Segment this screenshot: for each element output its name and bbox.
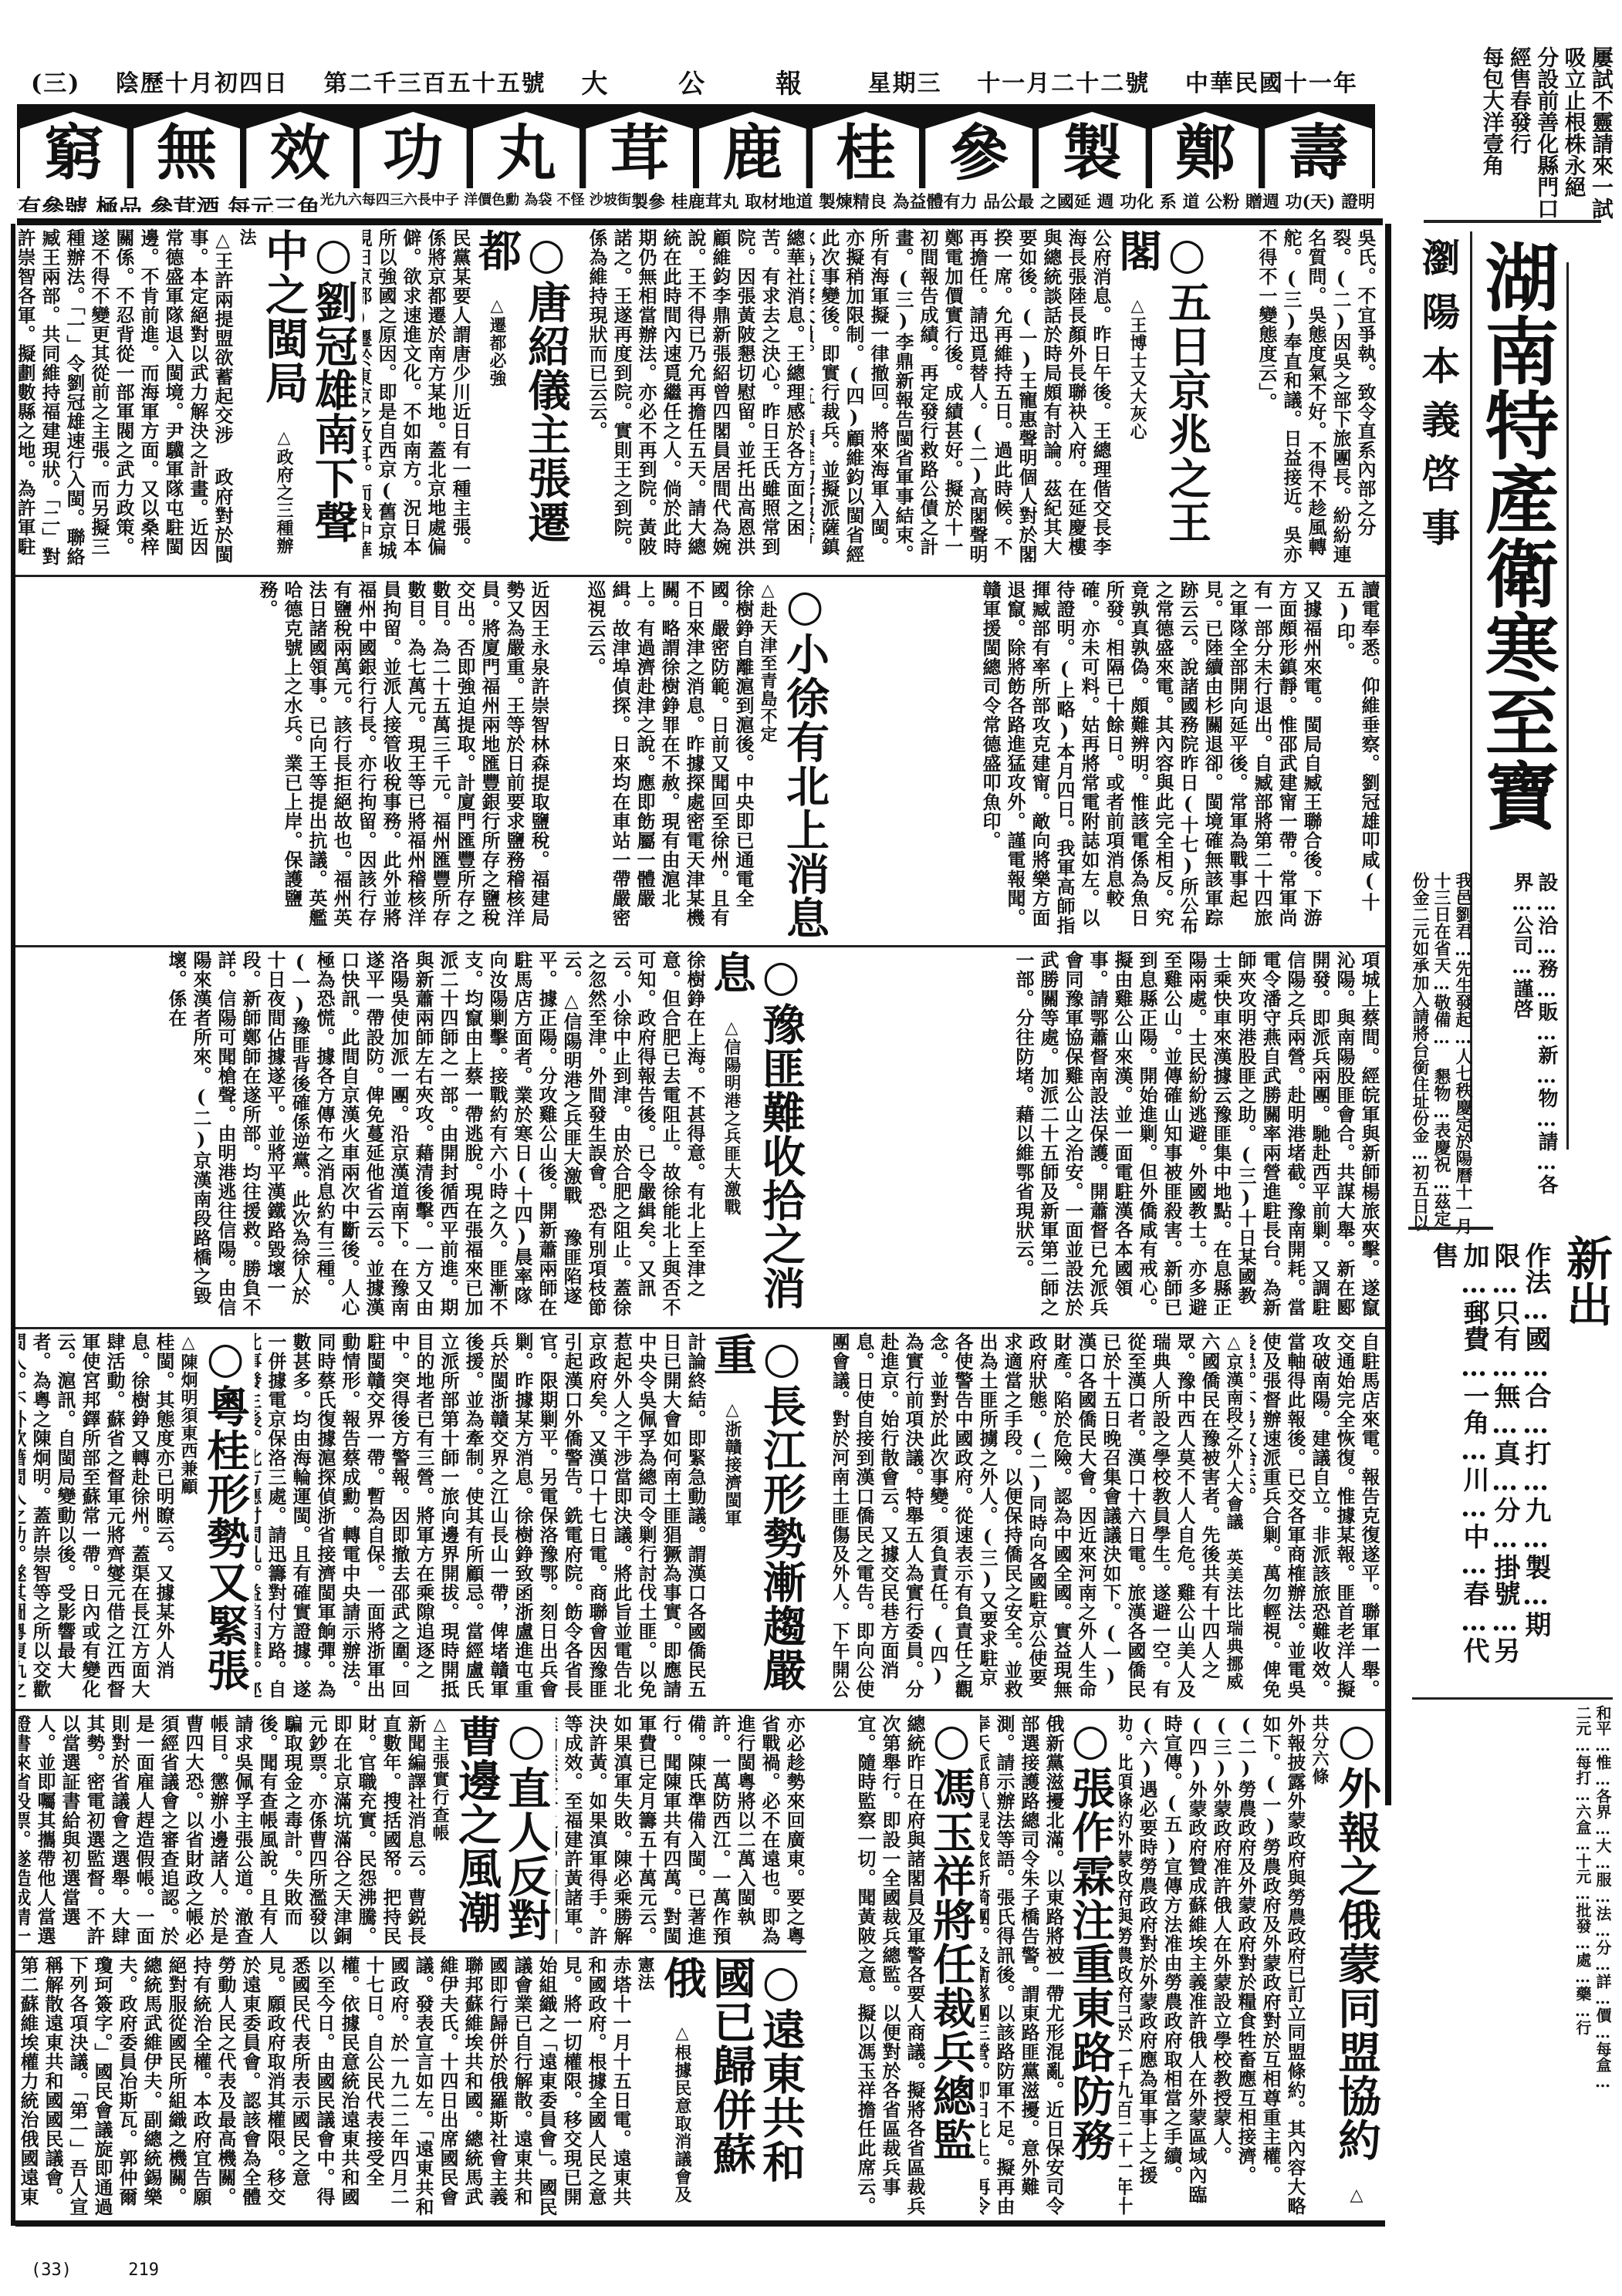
article-wang-ge: ○五日京兆之王閣 △王博士又大灰心 公府消息。昨日午後。王總理偕交長李海長張陸長… xyxy=(810,228,1211,572)
article-body: 徐樹錚自離滬到滬後。中央即已通電全國。嚴密防範。日前又聞回至徐州。且有不日來津之… xyxy=(583,580,755,941)
article-liu-guanxiong: ○劉冠雄南下聲中之閩局 △政府之三種辦法 △王許兩提盟欲蓄起交涉 政府對於閩事。… xyxy=(19,228,358,572)
article-wu-split: 吳氏。不宜爭執。致令直系內部之分裂。(二)因吳之部下旅團長。紛紛連名質問。吳態度… xyxy=(1215,228,1377,572)
article-wang-guangxi: 自駐馬店來電。報告克復遂平。聯軍一舉。交通始完全恢復。惟據某報。匪首老洋人擬攻破… xyxy=(1250,1332,1381,1706)
article-body: 徐樹錚在上海。不甚得意。有北上至津之意。但合肥已去電阻止。故徐能北上與否不可知。… xyxy=(164,950,707,1324)
banner-char: 桂 xyxy=(813,112,920,188)
masthead-date: 十一月二十二號 xyxy=(977,64,1150,98)
right-bottom-ad: 和平…惟…各界…大…服…法…分…詳…價…每盒…二元…每打…六盒…十元…批發…處…… xyxy=(1397,1705,1613,2091)
right-ad-edge-text xyxy=(1574,478,1605,1327)
banner-tagline-mid: 光九六每四三六長中子 洋價色勳 為袋 不怪 沙坡街 xyxy=(320,189,631,212)
article-subhead: △陳炯明須東西兼顧 xyxy=(178,1332,198,1495)
article-headline: ○小徐有北上消息 xyxy=(779,580,830,940)
article-salt-tax: 近因王永泉許崇智林森提取鹽稅。福建局勢又為嚴重。王等於日前要求鹽務稽核洋員。將廈… xyxy=(19,580,551,941)
banner-headline: 壽 鄭 製 參 桂 鹿 茸 丸 功 效 無 窮 xyxy=(17,107,1375,188)
banner-char: 鄭 xyxy=(1152,112,1259,188)
article-xu-north: ○小徐有北上消息 △赴天津至青島不定 徐樹錚自離滬到滬後。中央即已通電全國。嚴密… xyxy=(556,580,830,941)
right-ad-notice: 我邑劉君…先生發起…人七秩慶定於陽曆十一月十三日在省天…敬備… 懇物…表慶祝…茲… xyxy=(1412,872,1474,1242)
article-foreign-mongolia: ○馮玉祥將任裁兵總監 總統昨日在府與諸閣員及軍警各要人商議。擬將各省區裁兵次第舉… xyxy=(810,1714,976,2216)
footer-volume: (33) xyxy=(31,2261,72,2280)
side-label-char: 陽 xyxy=(1422,285,1461,339)
article-tang-capital: ○唐紹儀主張遷都 △遷都必強 民黨某要人謂唐少川近日有一種主張。係將京都遷於南方… xyxy=(363,228,571,572)
band-5-mid-rule xyxy=(15,1950,806,1953)
article-body: 民黨某要人謂唐少川近日有一種主張。係將京都遷於南方某地。蓋北京地處偏僻。欲求速進… xyxy=(363,228,472,572)
article-body: 俄新黨滋擾北滿。以東路將被一帶尤形混亂。近日保安司令部選接護路總司令朱子橋告警。… xyxy=(980,1714,1066,2216)
masthead-lunar-date: 陰歷十月初四日 xyxy=(116,64,289,98)
right-lower-ad: 作法…國…合…打…九…製…期限…只有…無…真…分…掛號…另加…郵費…一角…川…中… xyxy=(1412,1242,1551,1674)
masthead-page-no: (三) xyxy=(31,64,80,98)
article-body: 計論終結。即緊急動議。謂漢口各國僑民五日已開大會如何南土匪猖獗為事實。即應請中央… xyxy=(255,1332,708,1706)
masthead-year: 中華民國十一年 xyxy=(1185,64,1358,98)
side-label-char: 啓 xyxy=(1422,447,1461,501)
banner-char: 效 xyxy=(246,112,353,188)
article-body: 總統昨日在府與諸閣員及軍警各要人商議。擬將各省區裁兵次第舉行。即設一全國裁兵總監… xyxy=(853,1714,927,2216)
banner-char: 參 xyxy=(925,112,1032,188)
article-body: 吳氏。不宜爭執。致令直系內部之分裂。(二)因吳之部下旅團長。紛紛連名質問。吳態度… xyxy=(1254,228,1377,572)
banner-char: 窮 xyxy=(20,112,127,188)
masthead: 中華民國十一年 十一月二十二號 星期三 大 公 報 第二千三百五十五號 陰歷十月… xyxy=(31,62,1358,100)
top-right-ad: 屢試不靈請來一試 吸立止根株永絕 分設前善化縣門口 經售春發行 每包大洋壹角 xyxy=(1389,46,1613,220)
article-henan-bandits: 項城上蔡間。經皖軍與新師楊旅夾擊。遂竄沁陽。與南陽股匪會合。共謀大舉。新在郾開發… xyxy=(810,950,1381,1324)
article-zhang-zuolin: ○外報之俄蒙同盟協約 △共分六條 外報披露外蒙政府與勞農政府已訂立同盟條約。其內… xyxy=(1119,1714,1381,2216)
article-body: 讀電奉悉。仰維垂察。劉冠雄叩咸(十五)印。 xyxy=(1332,580,1381,941)
article-body: 桂閩。其態度亦已明瞭云。又據某外人消息。徐樹錚又轉赴徐州。蓋渠在長江方面大肆活動… xyxy=(19,1332,176,1706)
right-lower-rule xyxy=(1408,1227,1493,1230)
article-subhead: △主張實行查帳 xyxy=(430,1714,450,1842)
article-headline: ○直人反對曹邊之風潮 xyxy=(451,1714,551,1942)
article-far-east: ○遠東共和國已歸併蘇俄 △根據民意取消議會及憲法 赤塔十一月十五日電。遠東共和國… xyxy=(19,1956,806,2218)
page-left-rule xyxy=(11,224,15,2226)
article-subhead: △京漢南段之外人大會議 英美法比瑞典挪威 xyxy=(1224,1332,1244,1690)
right-column-outer-rule xyxy=(1566,262,1569,1150)
article-subhead: △赴天津至青島不定 xyxy=(758,580,778,743)
article-subhead: △信陽明港之兵匪大激戰 xyxy=(721,1018,742,1216)
band-rule-1 xyxy=(15,575,1385,577)
article-body: 外報披露外蒙政府與勞農政府已訂立同盟條約。其內容大略如下。(一)勞農政府及外蒙政… xyxy=(1119,1714,1307,2216)
top-right-ad-line: 分設前善化縣門口 xyxy=(1536,46,1558,220)
side-label-char: 本 xyxy=(1422,339,1461,393)
article-body: 新聞編譯社消息云。曹鋭長直數年。搜括國帑。把持民財。官職充實。民怨沸騰。即在北京… xyxy=(19,1714,427,1946)
banner-char: 無 xyxy=(133,112,241,188)
banner-bottom-rule xyxy=(17,218,1383,225)
article-headline: ○外報之俄蒙同盟協約 xyxy=(1331,1714,1381,2162)
right-bottom-rule xyxy=(1412,1697,1613,1700)
top-right-ad-line: 經售春發行 xyxy=(1508,46,1530,220)
band-rule-4 xyxy=(15,1709,1385,1711)
article-body: 公府消息。昨日午後。王總理偕交長李海長張陸長顏外長聯袂入府。在延慶樓與總統談話於… xyxy=(810,228,1113,572)
article-yue-gui: ○粵桂形勢又緊張 △陳炯明須東西兼顧 桂閩。其態度亦已明瞭云。又據某外人消息。徐… xyxy=(19,1332,250,1706)
band-rule-2 xyxy=(15,945,1385,947)
side-label-char: 瀏 xyxy=(1422,231,1461,285)
article-henan-hard: ○豫匪難收拾之消息 △信陽明港之兵匪大激戰 徐樹錚在上海。不甚得意。有北上至津之… xyxy=(19,950,806,1324)
banner-tagline: 製參 桂鹿茸丸 取材地道 製煉精良 為益體有力 品公最 之國延 週 功化 系 道… xyxy=(17,189,1375,212)
article-changde: 讀電奉悉。仰維垂察。劉冠雄叩咸(十五)印。 xyxy=(1327,580,1381,941)
article-body: 項城上蔡間。經皖軍與新師楊旅夾擊。遂竄沁陽。與南陽股匪會合。共謀大舉。新在郾開發… xyxy=(1011,950,1381,1324)
side-label-char: 事 xyxy=(1422,501,1461,555)
top-right-ad-rule xyxy=(1424,220,1601,223)
article-body: 自駐馬店來電。報告克復遂平。聯軍一舉。交通始完全恢復。惟據某報。匪首老洋人擬攻破… xyxy=(1250,1332,1381,1706)
banner-char: 丸 xyxy=(473,112,580,188)
article-body: 總華社消息。王總理感於各方面之困苦。有求去之決心。昨日王氏雖照常到院。因張黃陂懇… xyxy=(584,228,806,572)
article-body: △王許兩提盟欲蓄起交涉 政府對於閩事。本定絕對以武力解決之計畫。近因常德盛軍隊退… xyxy=(19,228,235,572)
article-foreigners-meeting: △京漢南段之外人大會議 英美法比瑞典挪威 六國僑民在豫被害者。先後共有十四人之眾… xyxy=(833,1332,1246,1706)
top-right-ad-line: 每包大洋壹角 xyxy=(1481,46,1503,220)
article-body: 赤塔十一月十五日電。遠東共和國政府。根據全國人民之意見。將一切權限。移交現已開始… xyxy=(19,1956,633,2218)
page-footer: (33) 219 xyxy=(31,2261,159,2280)
band-rule-3 xyxy=(15,1327,1385,1329)
banner-char: 鹿 xyxy=(699,112,806,188)
article-feng-yuxiang: ○張作霖注重東路防務 俄新黨滋擾北滿。以東路將被一帶尤形混亂。近日保安司令部選接… xyxy=(980,1714,1115,2216)
masthead-weekday: 星期三 xyxy=(868,64,942,98)
article-fujian-bureau: 又據福州來電。閩局自臧王聯合後。下游方面頗形鎮靜。惟邵武建甯一帶。常軍尚有一部分… xyxy=(833,580,1323,941)
article-subhead: △王博士又大灰心 xyxy=(1127,295,1147,441)
banner-ad: 壽 鄭 製 參 桂 鹿 茸 丸 功 效 無 窮 製參 桂鹿茸丸 取材地道 製煉精… xyxy=(17,104,1375,211)
article-headline: ○粵桂形勢又緊張 xyxy=(200,1332,250,1692)
right-lower-ad-title: 新出 xyxy=(1551,1234,1613,1358)
article-headline: ○馮玉祥將任裁兵總監 xyxy=(926,1714,976,2162)
banner-tagline-left: 老鄭大有參號 極品 參茸酒 每元三角 xyxy=(17,189,320,212)
right-ad-side-label: 瀏 陽 本 義 啓 事 xyxy=(1412,231,1470,864)
side-label-char: 義 xyxy=(1422,393,1461,447)
right-ad-notice-2: 設…洽…務…販…新…物…請…各界…公司…謹啓 xyxy=(1482,872,1559,1219)
article-body: 又據福州來電。閩局自臧王聯合後。下游方面頗形鎮靜。惟邵武建甯一帶。常軍尚有一部分… xyxy=(978,580,1323,941)
banner-char: 茸 xyxy=(586,112,693,188)
article-subhead: △遷都必強 xyxy=(487,295,507,387)
masthead-issue-no: 第二千三百五十五號 xyxy=(324,64,546,98)
top-right-ad-line: 吸立止根株永絕 xyxy=(1563,46,1585,220)
article-subhead: △浙贛接濟閩軍 xyxy=(722,1400,742,1527)
article-headline: ○張作霖注重東路防務 xyxy=(1065,1714,1115,2162)
banner-char: 製 xyxy=(1039,112,1146,188)
top-right-ad-line: 屢試不靈請來一試 xyxy=(1590,46,1613,220)
page-bottom-rule xyxy=(15,2220,1385,2227)
article-body: 近因王永泉許崇智林森提取鹽稅。福建局勢又為嚴重。王等於日前要求鹽務稽核洋員。將廈… xyxy=(255,580,551,941)
right-column-divider xyxy=(1385,224,1391,1805)
banner-char: 壽 xyxy=(1265,112,1372,188)
banner-tagline-right: 製參 桂鹿茸丸 取材地道 製煉精良 為益體有力 品公最 之國延 週 功化 系 道… xyxy=(631,189,1375,212)
article-chen-jiongming: 亦必趁勢來回廣東。要之粵省戰禍。必不在遠也。即為進行閩粵將以二萬入閩執許。一萬防… xyxy=(556,1714,806,1946)
masthead-paper-name: 大 公 報 xyxy=(581,62,833,100)
article-zhili-opposition: ○直人反對曹邊之風潮 △主張實行查帳 新聞編譯社消息云。曹鋭長直數年。搜括國帑。… xyxy=(19,1714,551,1946)
article-body: 六國僑民在豫被害者。先後共有十四人之眾。豫中西人莫不人人自危。雞公山美人及瑞典人… xyxy=(833,1332,1222,1706)
banner-char: 功 xyxy=(360,112,467,188)
article-yangtze: ○長江形勢漸趨嚴重 △浙贛接濟閩軍 計論終結。即緊急動議。謂漢口各國僑民五日已開… xyxy=(255,1332,806,1706)
footer-page: 219 xyxy=(128,2261,159,2280)
article-cabinet: 總華社消息。王總理感於各方面之困苦。有求去之決心。昨日王氏雖照常到院。因張黃陂懇… xyxy=(575,228,806,572)
article-body: 亦必趁勢來回廣東。要之粵省戰禍。必不在遠也。即為進行閩粵將以二萬入閩執許。一萬防… xyxy=(556,1714,806,1946)
